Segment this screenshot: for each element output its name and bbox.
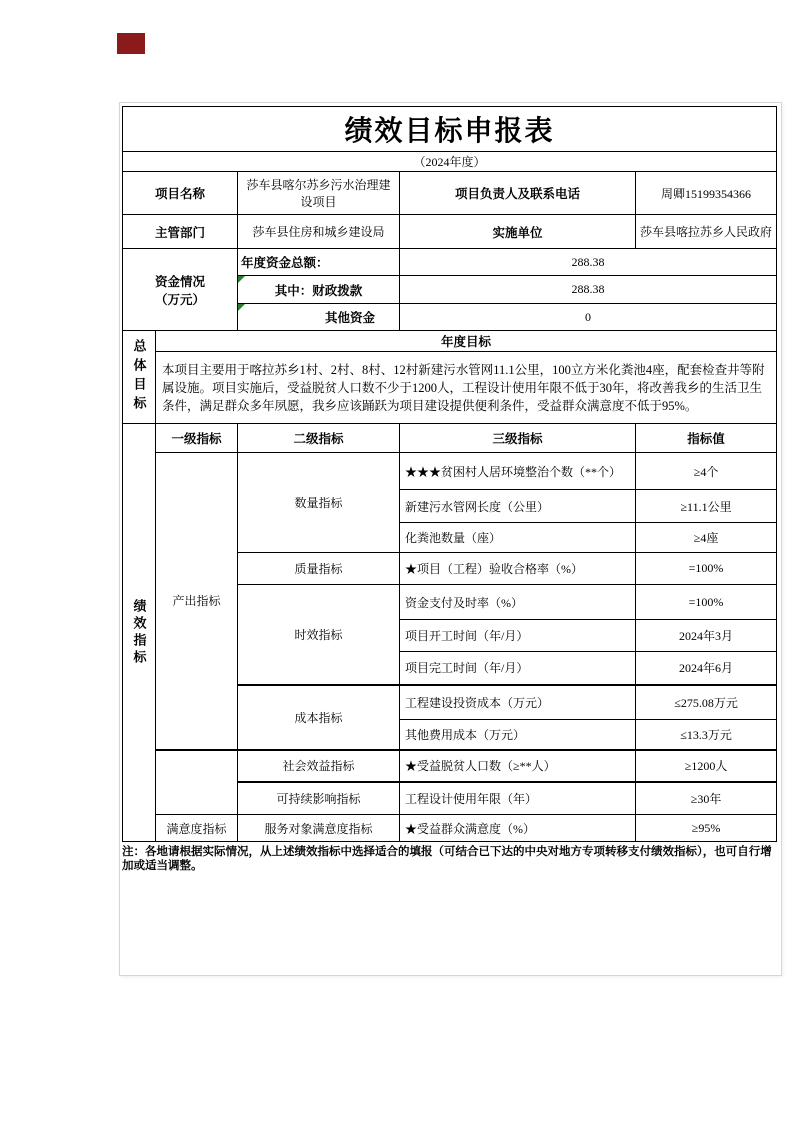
indicator-value-cell: ≥95%: [636, 815, 777, 842]
funding-other-label-text: 其他资金: [325, 311, 375, 325]
funding-other-value: 0: [400, 304, 777, 331]
indicator-name-cell: ★受益脱贫人口数（≥**人）: [400, 750, 636, 782]
table-row: 总体目标 年度目标: [123, 331, 777, 352]
indicator-name-cell: 其他费用成本（万元）: [400, 720, 636, 750]
funding-fiscal-label-text: 其中：财政拨款: [275, 284, 363, 298]
table-row: 社会效益指标 ★受益脱贫人口数（≥**人） ≥1200人: [123, 750, 777, 782]
level2-timeliness-cell: 时效指标: [238, 585, 400, 685]
indicator-name-cell: ★受益群众满意度（%）: [400, 815, 636, 842]
level2-cost-cell: 成本指标: [238, 685, 400, 750]
table-row: 满意度指标 服务对象满意度指标 ★受益群众满意度（%） ≥95%: [123, 815, 777, 842]
page-subtitle: （2024年度）: [123, 152, 777, 172]
level2-sustainability-cell: 可持续影响指标: [238, 782, 400, 815]
table-row: （2024年度）: [123, 152, 777, 172]
level2-social-benefit-cell: 社会效益指标: [238, 750, 400, 782]
cell-flag-triangle-icon: [238, 304, 245, 311]
implement-unit-value: 莎车县喀拉苏乡人民政府: [636, 215, 777, 249]
table-row: 绩效目标申报表: [123, 107, 777, 152]
indicator-name-cell: 项目完工时间（年/月）: [400, 652, 636, 685]
indicator-value-cell: 2024年6月: [636, 652, 777, 685]
header-level2: 二级指标: [238, 424, 400, 453]
level2-quality-cell: 质量指标: [238, 553, 400, 585]
indicator-name-cell: 工程建设投资成本（万元）: [400, 685, 636, 720]
level1-satisfaction-cell: 满意度指标: [156, 815, 238, 842]
indicator-value-cell: ≥30年: [636, 782, 777, 815]
level1-output-cell: 产出指标: [156, 453, 238, 750]
department-label: 主管部门: [123, 215, 238, 249]
table-row: 项目名称 莎车县喀尔苏乡污水治理建设项目 项目负责人及联系电话 周卿151993…: [123, 172, 777, 215]
footer-note: 注：各地请根据实际情况，从上述绩效指标中选择适合的填报（可结合已下达的中央对地方…: [122, 845, 775, 873]
level1-benefit-cell: [156, 750, 238, 815]
level2-service-satisfaction-cell: 服务对象满意度指标: [238, 815, 400, 842]
level2-quantity-cell: 数量指标: [238, 453, 400, 553]
indicator-value-cell: =100%: [636, 553, 777, 585]
indicator-name-cell: ★★★贫困村人居环境整治个数（**个）: [400, 453, 636, 490]
indicator-name-cell: 工程设计使用年限（年）: [400, 782, 636, 815]
document-sheet: 绩效目标申报表 （2024年度） 项目名称 莎车县喀尔苏乡污水治理建设项目 项目…: [119, 102, 782, 976]
indicator-name-cell: 项目开工时间（年/月）: [400, 620, 636, 652]
overall-goal-side-label: 总体目标: [123, 331, 156, 424]
table-row: 资金情况 （万元） 年度资金总额： 288.38: [123, 249, 777, 276]
cell-flag-triangle-icon: [238, 276, 245, 283]
project-name-value: 莎车县喀尔苏乡污水治理建设项目: [238, 172, 400, 215]
header-value: 指标值: [636, 424, 777, 453]
project-name-label: 项目名称: [123, 172, 238, 215]
funding-total-value: 288.38: [400, 249, 777, 276]
indicator-value-cell: ≥1200人: [636, 750, 777, 782]
indicator-value-cell: =100%: [636, 585, 777, 620]
funding-fiscal-value: 288.38: [400, 276, 777, 304]
implement-unit-label: 实施单位: [400, 215, 636, 249]
table-row: 产出指标 数量指标 ★★★贫困村人居环境整治个数（**个） ≥4个: [123, 453, 777, 490]
performance-target-form-table: 绩效目标申报表 （2024年度） 项目名称 莎车县喀尔苏乡污水治理建设项目 项目…: [122, 106, 777, 842]
indicator-name-cell: 资金支付及时率（%）: [400, 585, 636, 620]
annual-goal-header: 年度目标: [156, 331, 777, 352]
indicator-value-cell: ≤275.08万元: [636, 685, 777, 720]
funding-total-label: 年度资金总额：: [238, 249, 400, 276]
indicator-value-cell: 2024年3月: [636, 620, 777, 652]
funding-other-label: 其他资金: [238, 304, 400, 331]
department-value: 莎车县住房和城乡建设局: [238, 215, 400, 249]
indicators-side-label: 绩效指标: [123, 424, 156, 842]
header-level3: 三级指标: [400, 424, 636, 453]
table-row: 本项目主要用于喀拉苏乡1村、2村、8村、12村新建污水管网11.1公里，100立…: [123, 352, 777, 424]
indicator-name-cell: 化粪池数量（座）: [400, 523, 636, 553]
indicator-value-cell: ≤13.3万元: [636, 720, 777, 750]
indicator-name-cell: ★项目（工程）验收合格率（%）: [400, 553, 636, 585]
funding-fiscal-label: 其中：财政拨款: [238, 276, 400, 304]
header-level1: 一级指标: [156, 424, 238, 453]
annual-goal-text: 本项目主要用于喀拉苏乡1村、2村、8村、12村新建污水管网11.1公里，100立…: [156, 352, 777, 424]
funding-section-label: 资金情况 （万元）: [123, 249, 238, 331]
page-title: 绩效目标申报表: [123, 107, 777, 152]
funding-label-line1: 资金情况: [126, 272, 234, 290]
funding-label-line2: （万元）: [126, 290, 234, 308]
indicator-name-cell: 新建污水管网长度（公里）: [400, 490, 636, 523]
table-row: 主管部门 莎车县住房和城乡建设局 实施单位 莎车县喀拉苏乡人民政府: [123, 215, 777, 249]
table-row: 绩效指标 一级指标 二级指标 三级指标 指标值: [123, 424, 777, 453]
manager-value: 周卿15199354366: [636, 172, 777, 215]
manager-label: 项目负责人及联系电话: [400, 172, 636, 215]
indicator-value-cell: ≥4个: [636, 453, 777, 490]
corner-red-marker: [117, 33, 145, 54]
indicator-value-cell: ≥11.1公里: [636, 490, 777, 523]
indicator-value-cell: ≥4座: [636, 523, 777, 553]
